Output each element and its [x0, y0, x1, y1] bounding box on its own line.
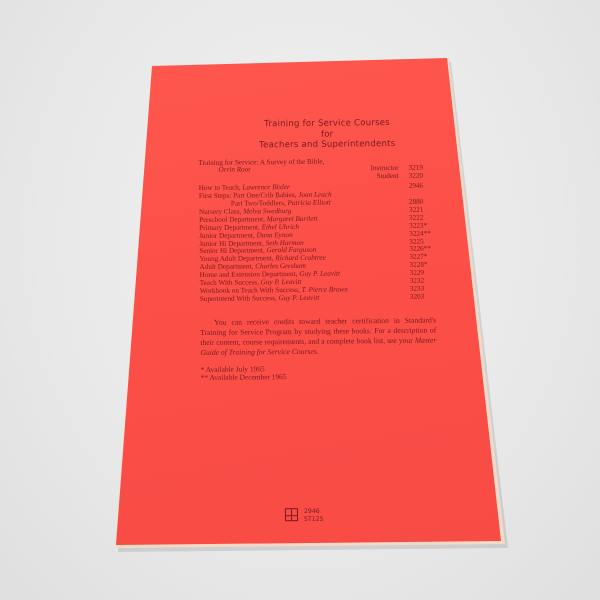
certification-paragraph: You can receive credits toward teacher c… — [200, 315, 440, 358]
cover-text: Training for Service Courses for Teacher… — [198, 117, 441, 382]
list-item: Student 3220 — [199, 173, 439, 183]
publisher-logo-icon — [285, 508, 298, 521]
cover-heading: Training for Service Courses for Teacher… — [216, 117, 438, 151]
course-list: Training for Service: A Survey of the Bi… — [198, 157, 439, 304]
catalog-codes: 2946 ST125 — [304, 508, 324, 524]
price-code: ST125 — [304, 516, 324, 524]
catalog-number: 2946 — [304, 508, 324, 516]
list-item: Superintend With Success, Guy P. Leavitt… — [200, 293, 440, 303]
cover-footer: 2946 ST125 — [285, 508, 324, 524]
availability-notes: * Available July 1965 ** Available Decem… — [201, 363, 441, 383]
heading-line-3: Teachers and Superintendents — [216, 138, 438, 151]
